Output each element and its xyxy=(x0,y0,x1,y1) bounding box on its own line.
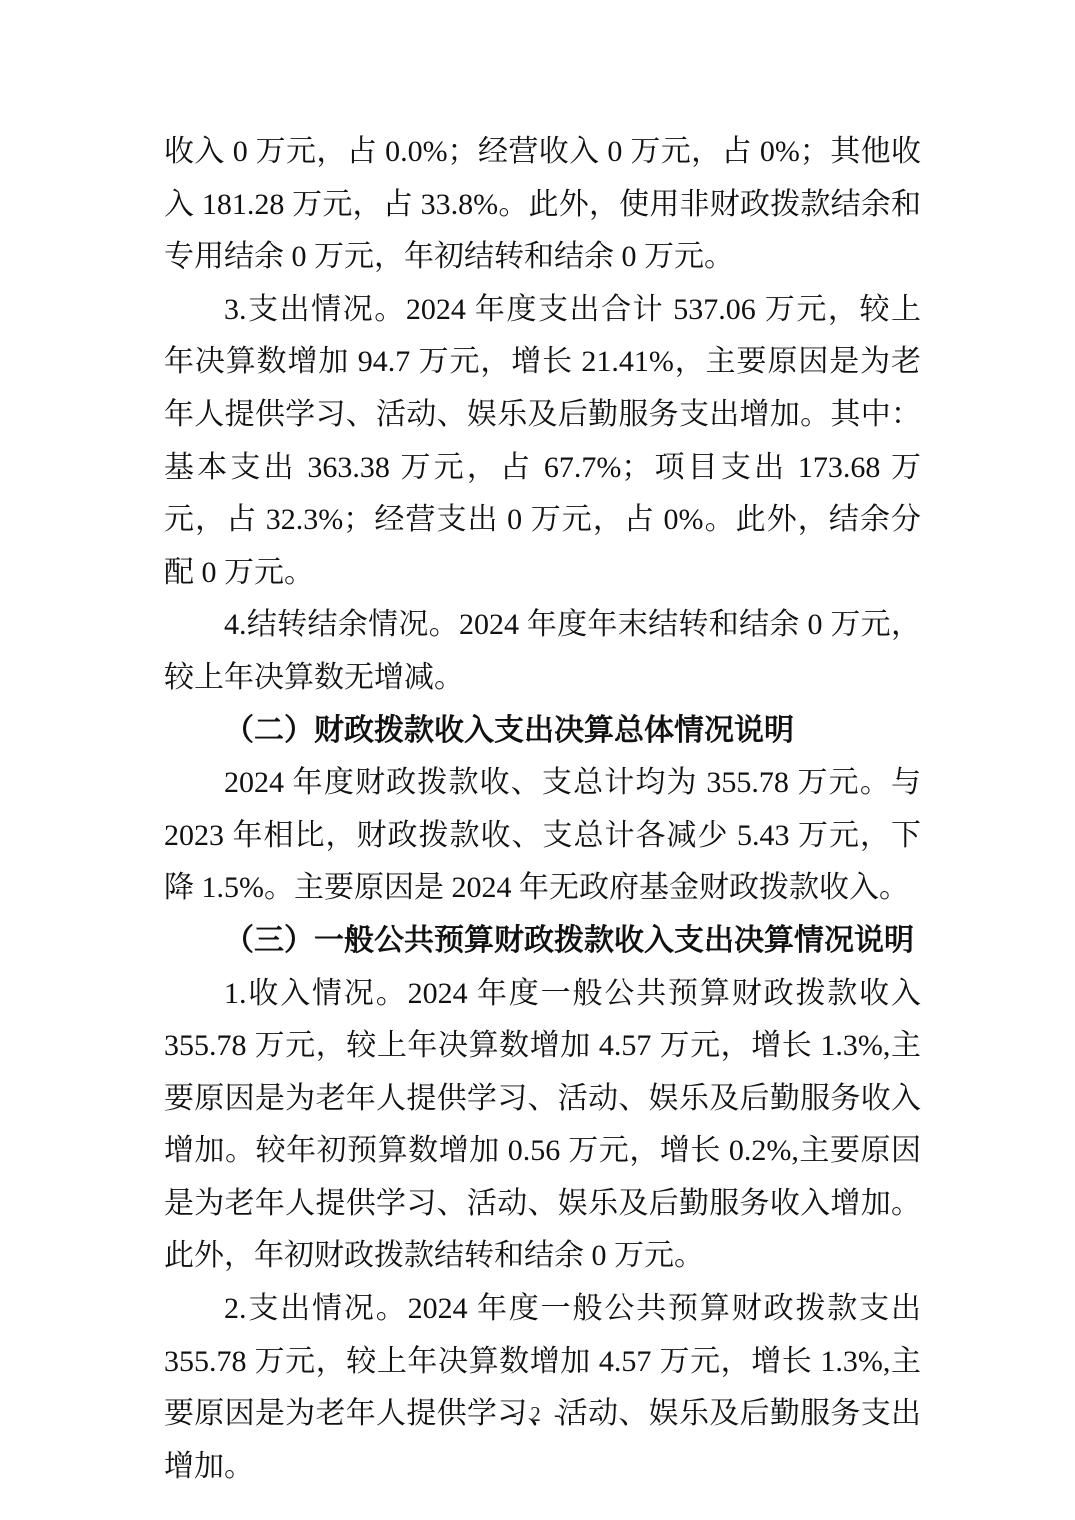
paragraph-carryover-balance: 4.结转结余情况。2024 年度年末结转和结余 0 万元，较上年决算数无增减。 xyxy=(164,599,921,704)
paragraph-general-budget-expenditure: 2.支出情况。2024 年度一般公共预算财政拨款支出 355.78 万元，较上年… xyxy=(164,1283,921,1493)
document-page: 收入 0 万元，占 0.0%；经营收入 0 万元，占 0%；其他收入 181.2… xyxy=(0,0,1075,1520)
document-body: 收入 0 万元，占 0.0%；经营收入 0 万元，占 0%；其他收入 181.2… xyxy=(164,126,921,1493)
section-heading-fiscal-appropriation: （二）财政拨款收入支出决算总体情况说明 xyxy=(164,705,921,758)
paragraph-expenditure-overview: 3.支出情况。2024 年度支出合计 537.06 万元，较上年决算数增加 94… xyxy=(164,284,921,600)
paragraph-general-budget-income: 1.收入情况。2024 年度一般公共预算财政拨款收入 355.78 万元，较上年… xyxy=(164,968,921,1284)
section-heading-general-public-budget: （三）一般公共预算财政拨款收入支出决算情况说明 xyxy=(164,915,921,968)
paragraph-income-continuation: 收入 0 万元，占 0.0%；经营收入 0 万元，占 0%；其他收入 181.2… xyxy=(164,126,921,284)
paragraph-fiscal-appropriation-total: 2024 年度财政拨款收、支总计均为 355.78 万元。与 2023 年相比，… xyxy=(164,757,921,915)
page-number: - 2 - xyxy=(0,1402,1075,1427)
